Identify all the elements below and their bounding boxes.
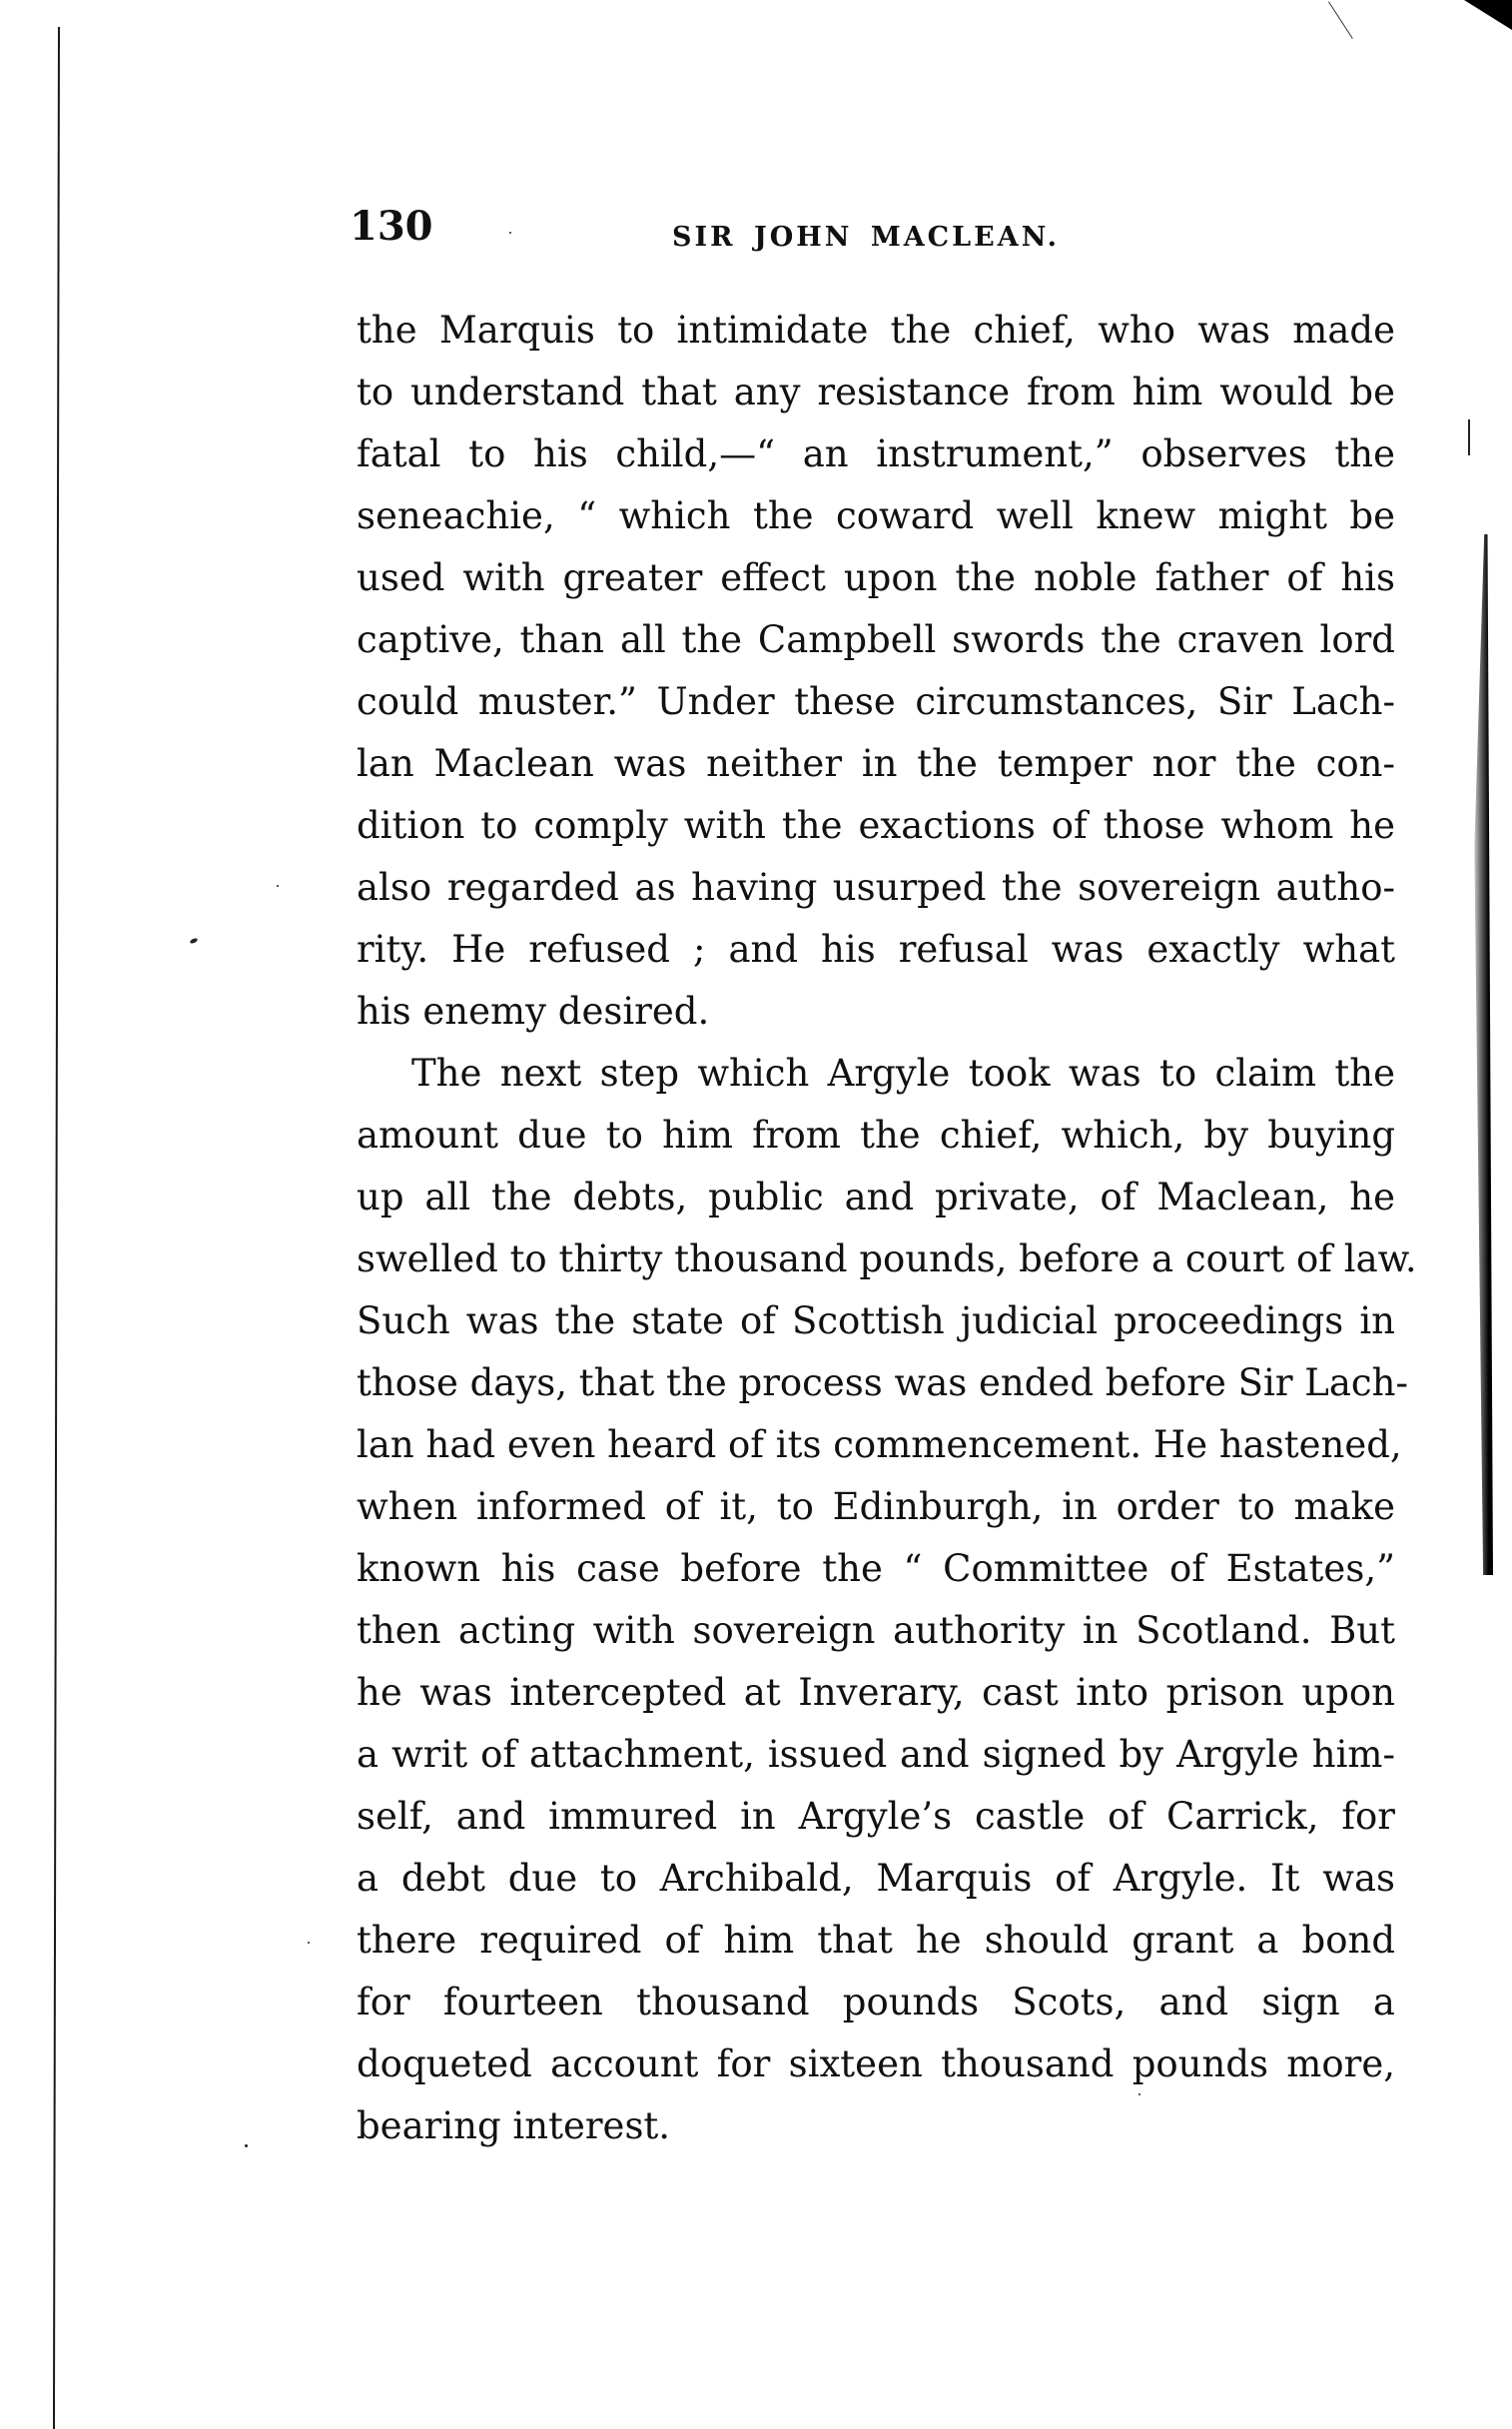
text-line: lan Maclean was neither in the temper no… [357, 733, 1395, 795]
text-line: used with greater effect upon the noble … [357, 547, 1395, 609]
text-line: captive, than all the Campbell swords th… [357, 609, 1395, 671]
text-line: known his case before the “ Committee of… [357, 1538, 1395, 1600]
paragraph-1: the Marquis to intimidate the chief, who… [357, 300, 1395, 1043]
text-line: for fourteen thousand pounds Scots, and … [357, 1972, 1395, 2033]
text-line: The next step which Argyle took was to c… [357, 1043, 1395, 1105]
text-line: rity. He refused ; and his refusal was e… [357, 919, 1395, 981]
text-line: up all the debts, public and private, of… [357, 1167, 1395, 1228]
text-line: self, and immured in Argyle’s castle of … [357, 1786, 1395, 1848]
text-line: his enemy desired. [357, 981, 1395, 1043]
text-line: there required of him that he should gra… [357, 1910, 1395, 1972]
text-line: those days, that the process was ended b… [357, 1352, 1395, 1414]
scan-speck [509, 232, 511, 234]
scan-speck [277, 885, 279, 887]
text-line: Such was the state of Scottish judicial … [357, 1290, 1395, 1352]
scan-edge-shadow [1471, 534, 1493, 1575]
text-line: the Marquis to intimidate the chief, who… [357, 300, 1395, 362]
scan-margin-line [53, 27, 60, 2429]
text-line: seneachie, “ which the coward well knew … [357, 485, 1395, 547]
text-line: amount due to him from the chief, which,… [357, 1105, 1395, 1167]
text-line: doqueted account for sixteen thousand po… [357, 2033, 1395, 2095]
text-line: swelled to thirty thousand pounds, befor… [357, 1228, 1395, 1290]
text-line: a debt due to Archibald, Marquis of Argy… [357, 1848, 1395, 1910]
scan-corner-fold [1464, 0, 1512, 30]
text-line: bearing interest. [357, 2095, 1395, 2157]
text-line: then acting with sovereign authority in … [357, 1600, 1395, 1662]
text-line: when informed of it, to Edinburgh, in or… [357, 1476, 1395, 1538]
paragraph-2: The next step which Argyle took was to c… [357, 1043, 1395, 2157]
text-line: to understand that any resistance from h… [357, 362, 1395, 423]
text-line: he was intercepted at Inverary, cast int… [357, 1662, 1395, 1724]
scan-edge-mark [1468, 419, 1470, 455]
page-number: 130 [350, 205, 433, 249]
text-line: lan had even heard of its commencement. … [357, 1414, 1395, 1476]
book-page: 130 SIR JOHN MACLEAN. the Marquis to int… [0, 0, 1512, 2429]
text-line: also regarded as having usurped the sove… [357, 857, 1395, 919]
text-line: could muster.” Under these circumstances… [357, 671, 1395, 733]
text-line: dition to comply with the exactions of t… [357, 795, 1395, 857]
body-text: the Marquis to intimidate the chief, who… [357, 300, 1395, 2157]
scan-speck [245, 2144, 248, 2147]
running-head: SIR JOHN MACLEAN. [672, 222, 1060, 254]
scan-corner-tick [1328, 1, 1353, 38]
text-line: fatal to his child,—“ an instrument,” ob… [357, 423, 1395, 485]
scan-speck [190, 937, 199, 944]
text-line: a writ of attachment, issued and signed … [357, 1724, 1395, 1786]
scan-speck [308, 1942, 310, 1944]
